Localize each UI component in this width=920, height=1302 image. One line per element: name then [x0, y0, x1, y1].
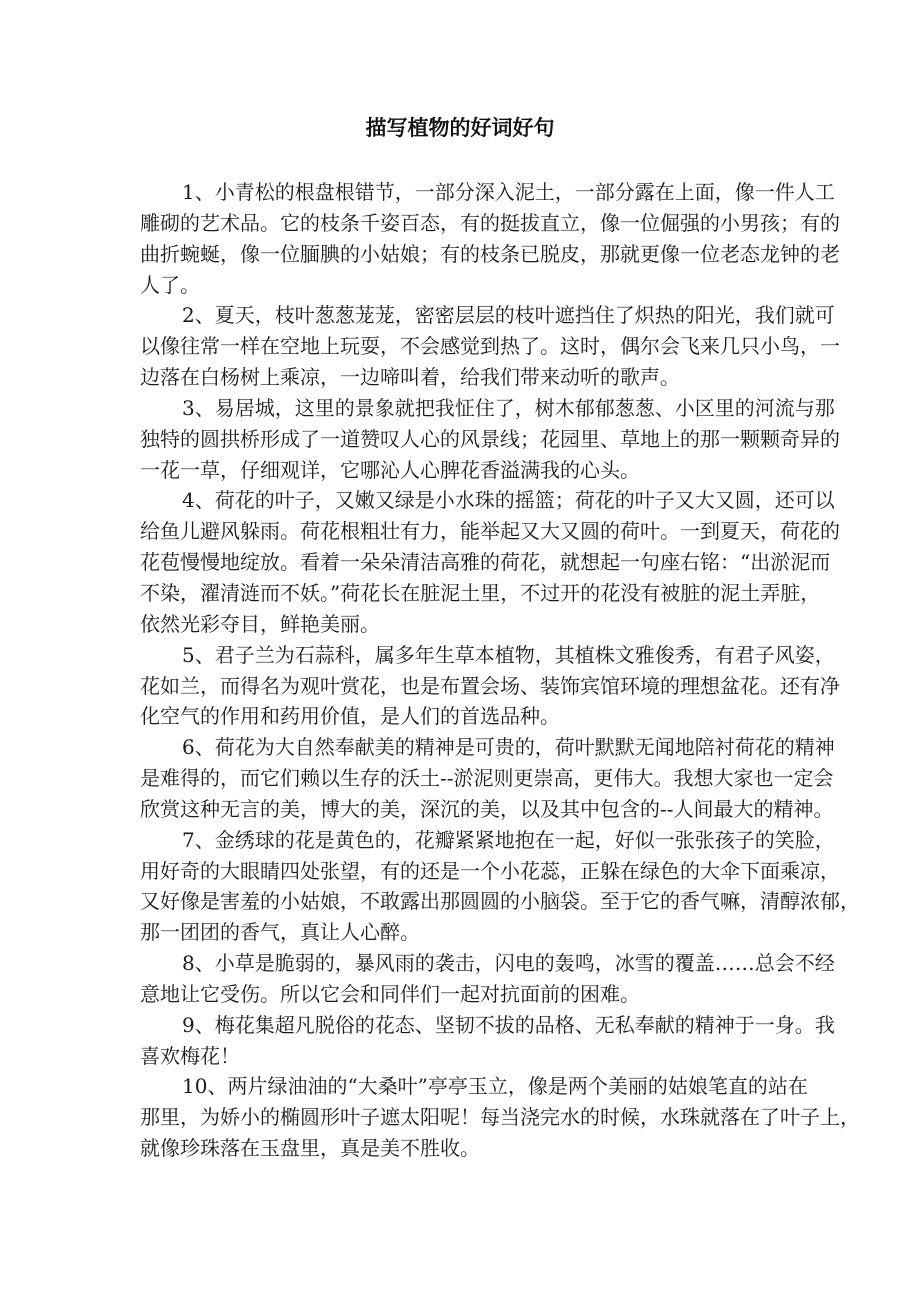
paragraph-1: 1、小青松的根盘根错节，一部分深入泥土，一部分露在上面，像一件人工雕砌的艺术品。… [140, 177, 781, 300]
paragraph-line: 又好像是害羞的小姑娘，不敢露出那圆圆的小脑袋。至于它的香气嘛，清醇浓郁， [140, 886, 781, 917]
paragraph-9: 9、梅花集超凡脱俗的花态、坚韧不拔的品格、无私奉献的精神于一身。我喜欢梅花！ [140, 1010, 781, 1072]
document-page: 描写植物的好词好句 1、小青松的根盘根错节，一部分深入泥土，一部分露在上面，像一… [0, 0, 920, 1302]
paragraph-line: 8、小草是脆弱的，暴风雨的袭击，闪电的轰鸣，冰雪的覆盖……总会不经 [140, 948, 781, 979]
paragraph-5: 5、君子兰为石蒜科，属多年生草本植物，其植株文雅俊秀，有君子风姿，花如兰，而得名… [140, 640, 781, 733]
paragraph-line: 一花一草，仔细观详，它哪沁人心脾花香溢满我的心头。 [140, 455, 781, 486]
paragraph-line: 那里，为娇小的椭圆形叶子遮太阳呢！每当浇完水的时候，水珠就落在了叶子上， [140, 1102, 781, 1133]
paragraph-line: 3、易居城，这里的景象就把我怔住了，树木郁郁葱葱、小区里的河流与那 [140, 393, 781, 424]
paragraph-7: 7、金绣球的花是黄色的，花瓣紧紧地抱在一起，好似一张张孩子的笑脸，用好奇的大眼睛… [140, 825, 781, 948]
paragraph-line: 意地让它受伤。所以它会和同伴们一起对抗面前的困难。 [140, 979, 781, 1010]
paragraph-line: 花如兰，而得名为观叶赏花，也是布置会场、装饰宾馆环境的理想盆花。还有净 [140, 671, 781, 702]
document-body: 1、小青松的根盘根错节，一部分深入泥土，一部分露在上面，像一件人工雕砌的艺术品。… [140, 177, 781, 1164]
paragraph-line: 边落在白杨树上乘凉，一边啼叫着，给我们带来动听的歌声。 [140, 362, 781, 393]
paragraph-line: 4、荷花的叶子，又嫩又绿是小水珠的摇篮；荷花的叶子又大又圆，还可以 [140, 485, 781, 516]
paragraph-4: 4、荷花的叶子，又嫩又绿是小水珠的摇篮；荷花的叶子又大又圆，还可以给鱼儿避风躲雨… [140, 485, 781, 639]
document-title: 描写植物的好词好句 [0, 114, 920, 142]
paragraph-line: 2、夏天，枝叶葱葱茏茏，密密层层的枝叶遮挡住了炽热的阳光，我们就可 [140, 300, 781, 331]
paragraph-8: 8、小草是脆弱的，暴风雨的袭击，闪电的轰鸣，冰雪的覆盖……总会不经意地让它受伤。… [140, 948, 781, 1010]
paragraph-line: 10、两片绿油油的“大桑叶”亭亭玉立，像是两个美丽的姑娘笔直的站在 [140, 1071, 781, 1102]
paragraph-line: 那一团团的香气，真让人心醉。 [140, 917, 781, 948]
paragraph-line: 化空气的作用和药用价值，是人们的首选品种。 [140, 701, 781, 732]
paragraph-line: 1、小青松的根盘根错节，一部分深入泥土，一部分露在上面，像一件人工 [140, 177, 781, 208]
paragraph-10: 10、两片绿油油的“大桑叶”亭亭玉立，像是两个美丽的姑娘笔直的站在那里，为娇小的… [140, 1071, 781, 1164]
paragraph-line: 依然光彩夺目，鲜艳美丽。 [140, 609, 781, 640]
paragraph-line: 独特的圆拱桥形成了一道赞叹人心的风景线；花园里、草地上的那一颗颗奇异的 [140, 424, 781, 455]
paragraph-line: 给鱼儿避风躲雨。荷花根粗壮有力，能举起又大又圆的荷叶。一到夏天，荷花的 [140, 516, 781, 547]
paragraph-line: 喜欢梅花！ [140, 1041, 781, 1072]
paragraph-line: 用好奇的大眼睛四处张望，有的还是一个小花蕊，正躲在绿色的大伞下面乘凉， [140, 856, 781, 887]
paragraph-line: 雕砌的艺术品。它的枝条千姿百态，有的挺拔直立，像一位倔强的小男孩；有的 [140, 208, 781, 239]
paragraph-line: 6、荷花为大自然奉献美的精神是可贵的，荷叶默默无闻地陪衬荷花的精神 [140, 732, 781, 763]
paragraph-line: 欣赏这种无言的美，博大的美，深沉的美，以及其中包含的--人间最大的精神。 [140, 794, 781, 825]
paragraph-line: 是难得的，而它们赖以生存的沃土--淤泥则更崇高，更伟大。我想大家也一定会 [140, 763, 781, 794]
paragraph-6: 6、荷花为大自然奉献美的精神是可贵的，荷叶默默无闻地陪衬荷花的精神是难得的，而它… [140, 732, 781, 825]
paragraph-line: 不染，濯清涟而不妖。”荷花长在脏泥土里，不过开的花没有被脏的泥土弄脏， [140, 578, 781, 609]
paragraph-line: 9、梅花集超凡脱俗的花态、坚韧不拔的品格、无私奉献的精神于一身。我 [140, 1010, 781, 1041]
paragraph-line: 以像往常一样在空地上玩耍，不会感觉到热了。这时，偶尔会飞来几只小鸟，一 [140, 331, 781, 362]
paragraph-line: 人了。 [140, 270, 781, 301]
paragraph-line: 就像珍珠落在玉盘里，真是美不胜收。 [140, 1133, 781, 1164]
paragraph-line: 5、君子兰为石蒜科，属多年生草本植物，其植株文雅俊秀，有君子风姿， [140, 640, 781, 671]
paragraph-3: 3、易居城，这里的景象就把我怔住了，树木郁郁葱葱、小区里的河流与那独特的圆拱桥形… [140, 393, 781, 486]
paragraph-line: 花苞慢慢地绽放。看着一朵朵清洁高雅的荷花，就想起一句座右铭：“出淤泥而 [140, 547, 781, 578]
paragraph-2: 2、夏天，枝叶葱葱茏茏，密密层层的枝叶遮挡住了炽热的阳光，我们就可以像往常一样在… [140, 300, 781, 393]
paragraph-line: 7、金绣球的花是黄色的，花瓣紧紧地抱在一起，好似一张张孩子的笑脸， [140, 825, 781, 856]
paragraph-line: 曲折蜿蜒，像一位腼腆的小姑娘；有的枝条已脱皮，那就更像一位老态龙钟的老 [140, 239, 781, 270]
